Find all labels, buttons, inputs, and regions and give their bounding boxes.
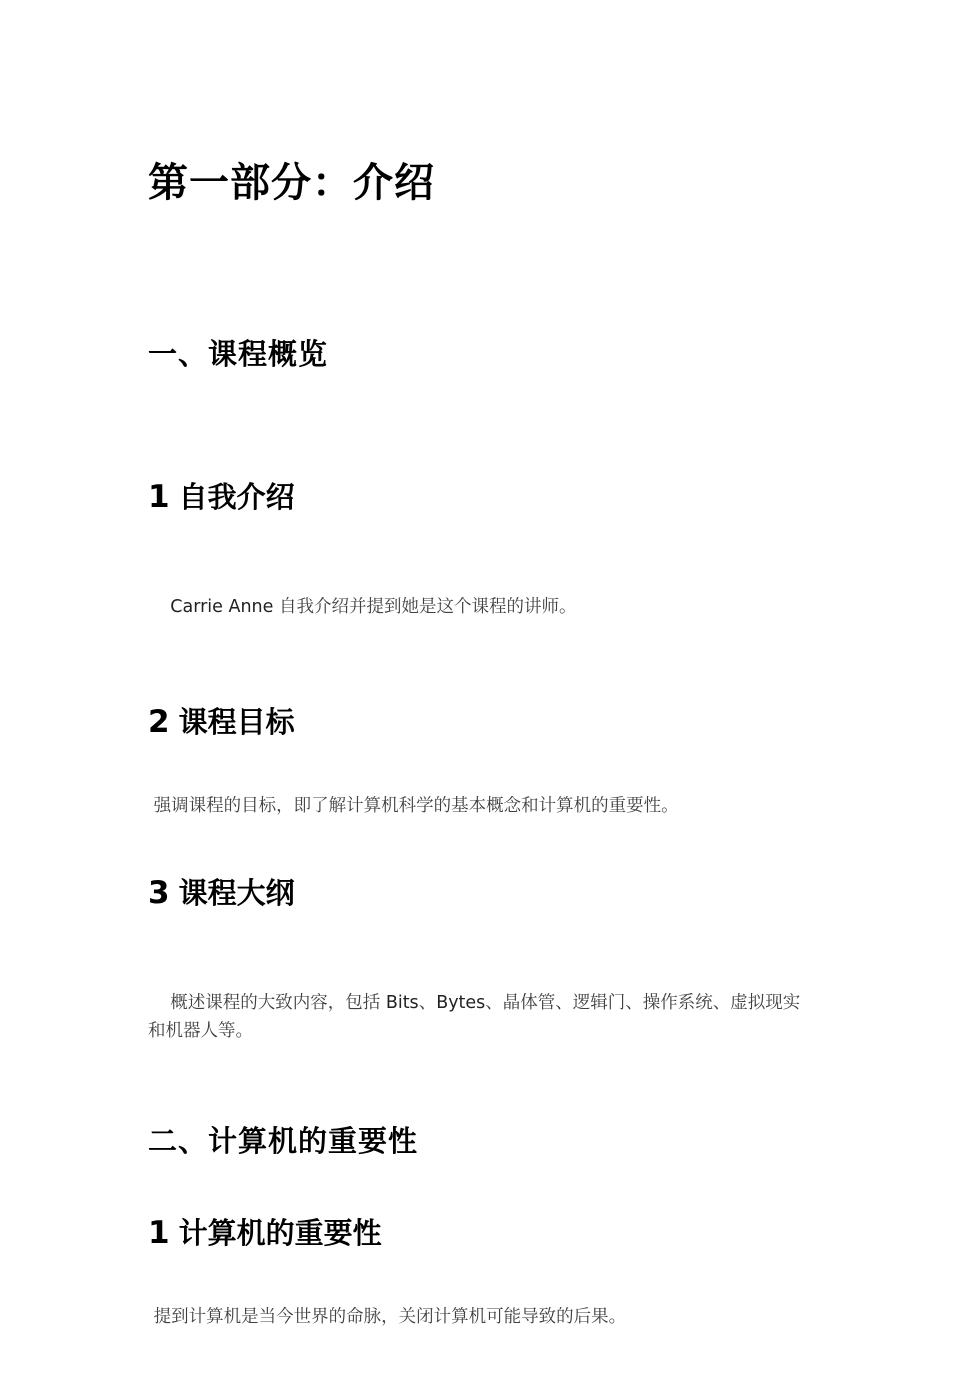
subsection-1-2-heading: 2课程目标	[148, 705, 838, 741]
subsection-1-3-heading: 3课程大纲	[148, 876, 838, 912]
subsection-2-1-body: 提到计算机是当今世界的命脉，关闭计算机可能导致的后果。	[148, 1303, 810, 1331]
subsection-title: 计算机的重要性	[179, 1216, 382, 1250]
subsection-number: 3	[148, 875, 170, 911]
subsection-1-2-body: 强调课程的目标，即了解计算机科学的基本概念和计算机的重要性。	[148, 792, 810, 820]
subsection-number: 1	[148, 1215, 170, 1251]
part-title: 第一部分：介绍	[148, 160, 838, 206]
subsection-title: 课程大纲	[179, 876, 295, 910]
subsection-number: 2	[148, 704, 170, 740]
subsection-number: 1	[148, 479, 170, 515]
section-1-heading: 一、课程概览	[148, 339, 838, 372]
body-latin-name: Carrie Anne	[170, 597, 273, 617]
section-2-heading: 二、计算机的重要性	[148, 1126, 838, 1159]
subsection-2-1-heading: 1计算机的重要性	[148, 1216, 838, 1252]
body-separator: 、	[419, 993, 437, 1013]
body-text-segment: 自我介绍并提到她是这个课程的讲师。	[273, 597, 576, 617]
document-page: 第一部分：介绍 一、课程概览 1自我介绍 Carrie Anne 自我介绍并提到…	[0, 0, 978, 1383]
subsection-1-1-heading: 1自我介绍	[148, 480, 838, 516]
subsection-title: 课程目标	[179, 705, 295, 739]
body-latin-term-bits: Bits	[386, 993, 419, 1013]
body-text-segment: 概述课程的大致内容，包括	[170, 993, 386, 1013]
body-latin-term-bytes: Bytes	[436, 993, 485, 1013]
subsection-1-3-body: 概述课程的大致内容，包括 Bits、Bytes、晶体管、逻辑门、操作系统、虚拟现…	[148, 961, 810, 1073]
subsection-1-1-body: Carrie Anne 自我介绍并提到她是这个课程的讲师。	[148, 565, 810, 649]
subsection-title: 自我介绍	[179, 480, 295, 514]
